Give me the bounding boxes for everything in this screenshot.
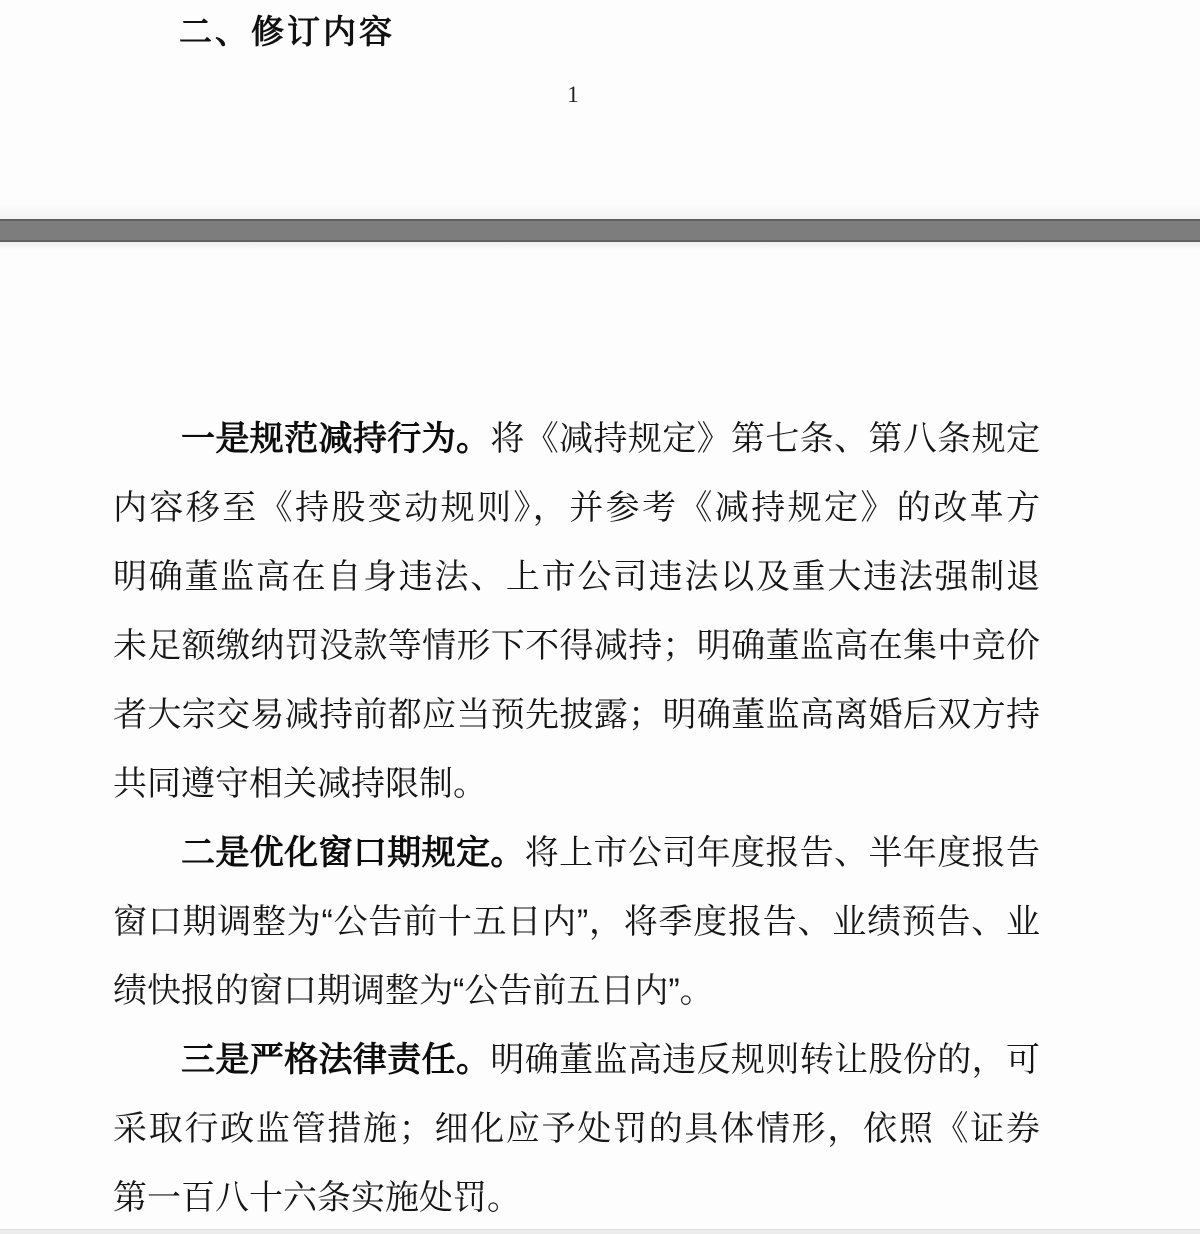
paragraph-3: 三是严格法律责任。明确董监高违反规则转让股份的，可以 采取行政监管措施；细化应予… [113, 1026, 1040, 1233]
paragraph-lead: 二是优化窗口期规定。 [181, 834, 525, 872]
text-line: 一是规范减持行为。将《减持规定》第七条、第八条规定的 [113, 405, 1040, 474]
text-line: 采取行政监管措施；细化应予处罚的具体情形，依照《证券法》 [113, 1095, 1040, 1164]
paragraph-1: 一是规范减持行为。将《减持规定》第七条、第八条规定的 内容移至《持股变动规则》，… [113, 405, 1040, 819]
text-line: 共同遵守相关减持限制。 [113, 750, 1040, 819]
paragraph-lead: 三是严格法律责任。 [181, 1041, 490, 1079]
page-separator [0, 219, 1200, 242]
bottom-page-edge [0, 1229, 1200, 1234]
text-line: 三是严格法律责任。明确董监高违反规则转让股份的，可以 [113, 1026, 1040, 1095]
paragraph-2: 二是优化窗口期规定。将上市公司年度报告、半年度报告的 窗口期调整为“公告前十五日… [113, 819, 1040, 1026]
page-separator-shadow [0, 242, 1200, 252]
paragraph-lead: 一是规范减持行为。 [181, 420, 490, 458]
text-line: 绩快报的窗口期调整为“公告前五日内”。 [113, 957, 1040, 1026]
page-number: 1 [561, 82, 585, 108]
text-line: 二是优化窗口期规定。将上市公司年度报告、半年度报告的 [113, 819, 1040, 888]
section-heading: 二、修订内容 [179, 12, 395, 52]
text-line: 窗口期调整为“公告前十五日内”，将季度报告、业绩预告、业 [113, 888, 1040, 957]
page-2-body: 一是规范减持行为。将《减持规定》第七条、第八条规定的 内容移至《持股变动规则》，… [113, 405, 1040, 1233]
text-line: 未足额缴纳罚没款等情形下不得减持；明确董监高在集中竞价或 [113, 612, 1040, 681]
text-line: 明确董监高在自身违法、上市公司违法以及重大违法强制退市、 [113, 543, 1040, 612]
page-bottom-shade [0, 203, 1200, 219]
text-line: 内容移至《持股变动规则》，并参考《减持规定》的改革方向， [113, 474, 1040, 543]
text-line: 第一百八十六条实施处罚。 [113, 1164, 1040, 1233]
text-line: 者大宗交易减持前都应当预先披露；明确董监高离婚后双方持续 [113, 681, 1040, 750]
